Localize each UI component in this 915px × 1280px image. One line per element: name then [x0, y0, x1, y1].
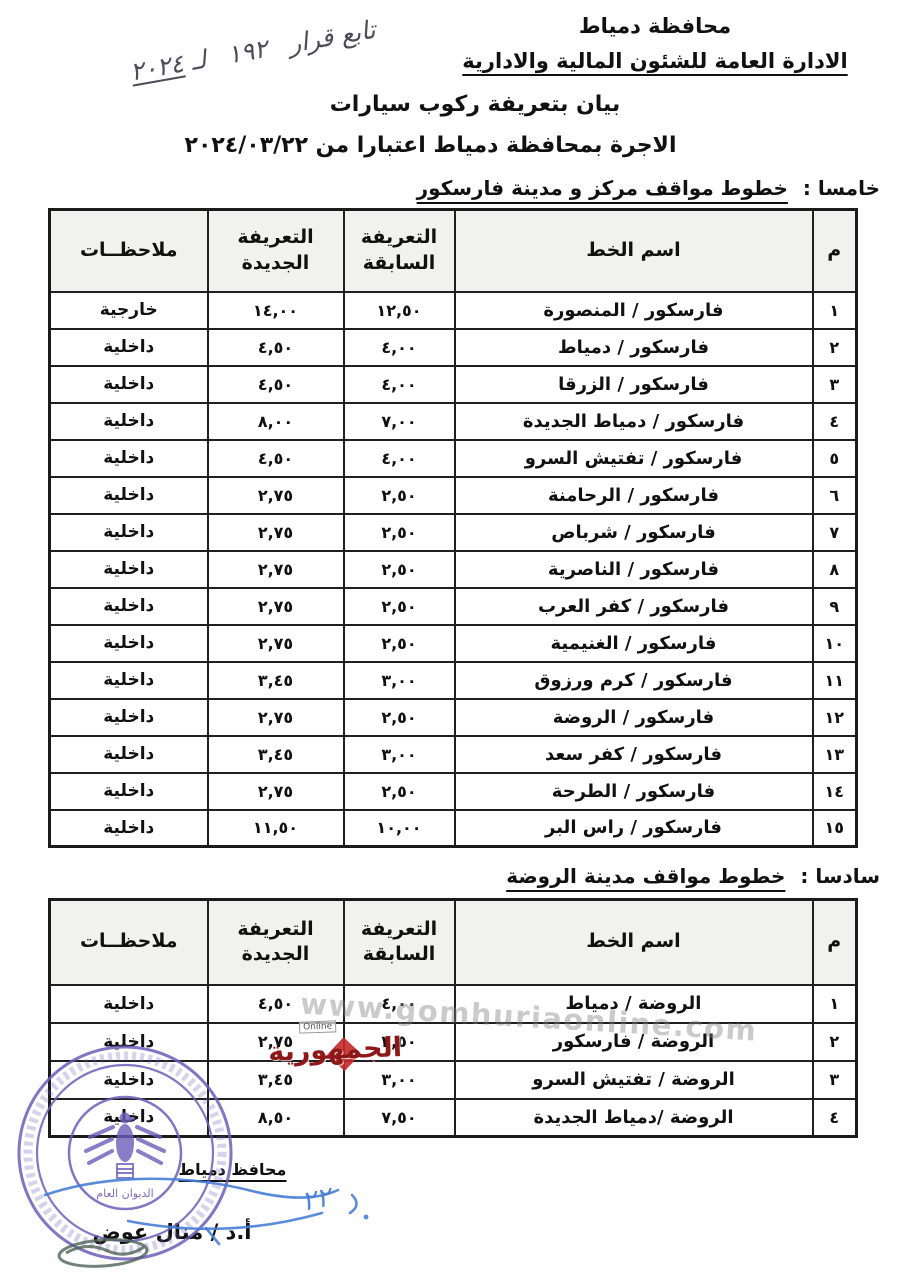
table-row: ٣فارسكور / الزرقا٤,٠٠٤,٥٠داخلية — [50, 366, 857, 403]
column-header-line-name: اسم الخط — [455, 900, 813, 985]
prev-cell: ٤,٠٠ — [344, 329, 455, 366]
line-cell: فارسكور / راس البر — [455, 810, 813, 847]
new-cell: ٤,٥٠ — [208, 366, 344, 403]
new-cell: ٣,٤٥ — [208, 736, 344, 773]
column-header-line-name: اسم الخط — [455, 210, 813, 292]
table-row: ٣الروضة / تفتيش السرو٣,٠٠٣,٤٥داخلية — [50, 1061, 857, 1099]
no-cell: ١٢ — [813, 699, 857, 736]
table-row: ١٤فارسكور / الطرحة٢,٥٠٢,٧٥داخلية — [50, 773, 857, 810]
line-cell: فارسكور / دمياط — [455, 329, 813, 366]
table-header: م اسم الخط التعريفة السابقة التعريفة الج… — [50, 900, 857, 985]
farskour-table-body: ١فارسكور / المنصورة١٢,٥٠١٤,٠٠خارجية٢فارس… — [50, 292, 857, 847]
table-row: ٦فارسكور / الرحامنة٢,٥٠٢,٧٥داخلية — [50, 477, 857, 514]
statement-title: بيان بتعريفة ركوب سيارات — [300, 92, 650, 117]
line-cell: فارسكور / كرم ورزوق — [455, 662, 813, 699]
table-row: ١١فارسكور / كرم ورزوق٣,٠٠٣,٤٥داخلية — [50, 662, 857, 699]
line-cell: فارسكور / دمياط الجديدة — [455, 403, 813, 440]
no-cell: ١٥ — [813, 810, 857, 847]
table-row: ١٠فارسكور / الغنيمية٢,٥٠٢,٧٥داخلية — [50, 625, 857, 662]
prev-cell: ٢,٥٠ — [344, 551, 455, 588]
notes-cell: داخلية — [50, 1061, 208, 1099]
line-cell: فارسكور / تفتيش السرو — [455, 440, 813, 477]
effective-date-line: الاجرة بمحافظة دمياط اعتبارا من ٢٠٢٤/٠٣/… — [178, 133, 683, 158]
new-cell: ٢,٧٥ — [208, 514, 344, 551]
notes-cell: داخلية — [50, 514, 208, 551]
handnote-suffix: لـ — [189, 45, 209, 76]
line-cell: فارسكور / المنصورة — [455, 292, 813, 329]
column-header-prev-tariff: التعريفة السابقة — [344, 900, 455, 985]
farskour-tariff-table: م اسم الخط التعريفة السابقة التعريفة الج… — [48, 208, 858, 848]
prev-cell: ٢,٥٠ — [344, 514, 455, 551]
no-cell: ١٤ — [813, 773, 857, 810]
new-cell: ٣,٤٥ — [208, 662, 344, 699]
notes-cell: داخلية — [50, 1099, 208, 1137]
line-cell: فارسكور / الرحامنة — [455, 477, 813, 514]
line-cell: فارسكور / الروضة — [455, 699, 813, 736]
prev-cell: ٤,٠٠ — [344, 366, 455, 403]
section-five-title: خامسا : خطوط مواقف مركز و مدينة فارسكور — [495, 176, 880, 200]
no-cell: ٢ — [813, 329, 857, 366]
prev-cell: ٣,٠٠ — [344, 736, 455, 773]
line-cell: فارسكور / كفر سعد — [455, 736, 813, 773]
prev-cell: ٢,٥٠ — [344, 588, 455, 625]
document-page: تابع قرار ١٩٢ لـ ٢٠٢٤ محافظة دمياط الادا… — [0, 0, 915, 1280]
notes-cell: داخلية — [50, 662, 208, 699]
notes-cell: داخلية — [50, 551, 208, 588]
new-cell: ١٤,٠٠ — [208, 292, 344, 329]
header-row: م اسم الخط التعريفة السابقة التعريفة الج… — [50, 210, 857, 292]
table-row: ٥فارسكور / تفتيش السرو٤,٠٠٤,٥٠داخلية — [50, 440, 857, 477]
no-cell: ٨ — [813, 551, 857, 588]
handnote-prefix: تابع قرار — [286, 15, 377, 59]
column-header-new-tariff: التعريفة الجديدة — [208, 900, 344, 985]
table-row: ١٥فارسكور / راس البر١٠,٠٠١١,٥٠داخلية — [50, 810, 857, 847]
prev-cell: ٤,٠٠ — [344, 440, 455, 477]
new-cell: ٢,٧٥ — [208, 699, 344, 736]
table-row: ٩فارسكور / كفر العرب٢,٥٠٢,٧٥داخلية — [50, 588, 857, 625]
prev-cell: ٧,٠٠ — [344, 403, 455, 440]
no-cell: ١ — [813, 985, 857, 1023]
handnote-year: ٢٠٢٤ — [128, 49, 186, 87]
prev-cell: ٢,٥٠ — [344, 625, 455, 662]
new-cell: ٨,٥٠ — [208, 1099, 344, 1137]
gomhuria-logo-online-label: Online — [299, 1020, 336, 1033]
column-header-notes: ملاحظــات — [50, 210, 208, 292]
notes-cell: داخلية — [50, 440, 208, 477]
new-cell: ٨,٠٠ — [208, 403, 344, 440]
prev-cell: ١٠,٠٠ — [344, 810, 455, 847]
governor-name: أ.د / منال عوض — [52, 1220, 292, 1244]
notes-cell: خارجية — [50, 292, 208, 329]
table-row: ١فارسكور / المنصورة١٢,٥٠١٤,٠٠خارجية — [50, 292, 857, 329]
line-cell: فارسكور / الزرقا — [455, 366, 813, 403]
no-cell: ٥ — [813, 440, 857, 477]
prev-cell: ٢,٥٠ — [344, 477, 455, 514]
notes-cell: داخلية — [50, 477, 208, 514]
notes-cell: داخلية — [50, 588, 208, 625]
new-cell: ٤,٥٠ — [208, 440, 344, 477]
no-cell: ١١ — [813, 662, 857, 699]
line-cell: فارسكور / الغنيمية — [455, 625, 813, 662]
new-cell: ١١,٥٠ — [208, 810, 344, 847]
header-row: م اسم الخط التعريفة السابقة التعريفة الج… — [50, 900, 857, 985]
new-cell: ٢,٧٥ — [208, 588, 344, 625]
notes-cell: داخلية — [50, 625, 208, 662]
prev-cell: ٧,٥٠ — [344, 1099, 455, 1137]
line-cell: فارسكور / شرباص — [455, 514, 813, 551]
table-header: م اسم الخط التعريفة السابقة التعريفة الج… — [50, 210, 857, 292]
notes-cell: داخلية — [50, 699, 208, 736]
gomhuria-logo-name: الجمهورية — [268, 1032, 403, 1068]
prev-cell: ١٢,٥٠ — [344, 292, 455, 329]
no-cell: ٤ — [813, 1099, 857, 1137]
new-cell: ٢,٧٥ — [208, 773, 344, 810]
department-title: الادارة العامة للشئون المالية والادارية — [455, 49, 855, 73]
no-cell: ٦ — [813, 477, 857, 514]
line-cell: فارسكور / الناصرية — [455, 551, 813, 588]
column-header-notes: ملاحظــات — [50, 900, 208, 985]
table-row: ٤فارسكور / دمياط الجديدة٧,٠٠٨,٠٠داخلية — [50, 403, 857, 440]
prev-cell: ٣,٠٠ — [344, 662, 455, 699]
no-cell: ١٣ — [813, 736, 857, 773]
table-row: ٢فارسكور / دمياط٤,٠٠٤,٥٠داخلية — [50, 329, 857, 366]
no-cell: ٧ — [813, 514, 857, 551]
governorate-title: محافظة دمياط — [520, 14, 790, 38]
notes-cell: داخلية — [50, 985, 208, 1023]
prev-cell: ٢,٥٠ — [344, 699, 455, 736]
notes-cell: داخلية — [50, 736, 208, 773]
line-cell: فارسكور / كفر العرب — [455, 588, 813, 625]
column-header-prev-tariff: التعريفة السابقة — [344, 210, 455, 292]
section-six-label: سادسا : — [800, 864, 880, 888]
line-cell: الروضة / تفتيش السرو — [455, 1061, 813, 1099]
prev-cell: ٢,٥٠ — [344, 773, 455, 810]
table-row: ٨فارسكور / الناصرية٢,٥٠٢,٧٥داخلية — [50, 551, 857, 588]
table-row: ١٣فارسكور / كفر سعد٣,٠٠٣,٤٥داخلية — [50, 736, 857, 773]
section-six-title: سادسا : خطوط مواقف مدينة الروضة — [528, 864, 880, 888]
no-cell: ٣ — [813, 1061, 857, 1099]
section-six-name: خطوط مواقف مدينة الروضة — [506, 864, 785, 888]
new-cell: ٤,٥٠ — [208, 329, 344, 366]
section-five-name: خطوط مواقف مركز و مدينة فارسكور — [417, 176, 788, 200]
notes-cell: داخلية — [50, 810, 208, 847]
stamp-inner-text: الديوان العام — [96, 1187, 153, 1200]
new-cell: ٢,٧٥ — [208, 551, 344, 588]
section-five-label: خامسا : — [803, 176, 880, 200]
table-row: ١٢فارسكور / الروضة٢,٥٠٢,٧٥داخلية — [50, 699, 857, 736]
notes-cell: داخلية — [50, 403, 208, 440]
line-cell: فارسكور / الطرحة — [455, 773, 813, 810]
handwritten-decree-note: تابع قرار ١٩٢ لـ ٢٠٢٤ — [128, 2, 448, 86]
no-cell: ٢ — [813, 1023, 857, 1061]
new-cell: ٢,٧٥ — [208, 625, 344, 662]
line-cell: الروضة /دمياط الجديدة — [455, 1099, 813, 1137]
no-cell: ١ — [813, 292, 857, 329]
notes-cell: داخلية — [50, 329, 208, 366]
no-cell: ٤ — [813, 403, 857, 440]
notes-cell: داخلية — [50, 366, 208, 403]
no-cell: ١٠ — [813, 625, 857, 662]
new-cell: ٢,٧٥ — [208, 477, 344, 514]
no-cell: ٩ — [813, 588, 857, 625]
handnote-number: ١٩٢ — [225, 34, 270, 70]
gomhuria-logo: Online الجمهورية — [291, 1016, 405, 1086]
table-row: ٧فارسكور / شرباص٢,٥٠٢,٧٥داخلية — [50, 514, 857, 551]
table-row: ٤الروضة /دمياط الجديدة٧,٥٠٨,٥٠داخلية — [50, 1099, 857, 1137]
governor-title: محافظ دمياط — [170, 1160, 295, 1179]
notes-cell: داخلية — [50, 1023, 208, 1061]
no-cell: ٣ — [813, 366, 857, 403]
notes-cell: داخلية — [50, 773, 208, 810]
signature-dot — [364, 1215, 369, 1220]
signature-mark: ٢٢ — [299, 1181, 337, 1218]
column-header-new-tariff: التعريفة الجديدة — [208, 210, 344, 292]
column-header-number: م — [813, 210, 857, 292]
column-header-number: م — [813, 900, 857, 985]
